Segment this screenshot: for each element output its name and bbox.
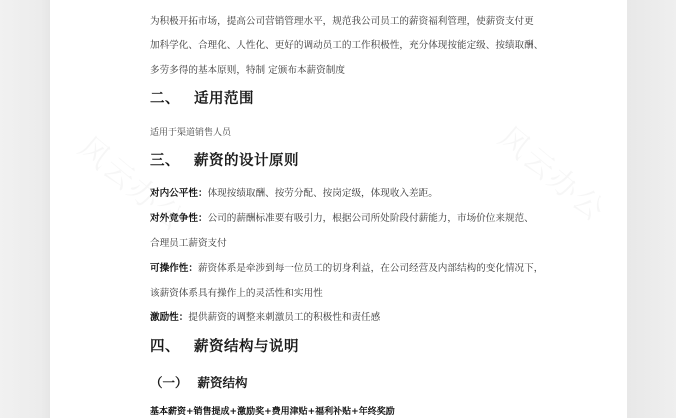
- principle-text: 体现按绩取酬、按劳分配、按岗定级，体现收入差距。: [208, 188, 438, 199]
- section-heading-principles: 三、薪资的设计原则: [150, 152, 299, 170]
- principle-term: 可操作性：: [150, 263, 198, 274]
- subsection-title: 薪资结构: [198, 375, 248, 390]
- intro-line-2: 加科学化、合理化、人性化、更好的调动员工的工作积极性，充分体现按能定级、按绩取酬…: [150, 40, 543, 52]
- salary-formula: 基本薪资+销售提成+激励奖+费用津贴+福利补贴+年终奖励: [150, 406, 395, 418]
- section-title: 薪资的设计原则: [194, 153, 299, 169]
- intro-line-3: 多劳多得的基本原则，特制 定颁布本薪资制度: [150, 65, 345, 77]
- section-title: 适用范围: [194, 91, 254, 107]
- section-number: 四、: [150, 339, 180, 355]
- subsection-heading-salary-structure: （一）薪资结构: [150, 375, 248, 391]
- principle-continuation: 合理员工薪资支付: [150, 238, 227, 250]
- section-number: 三、: [150, 153, 180, 169]
- principle-internal-fairness: 对内公平性：体现按绩取酬、按劳分配、按岗定级，体现收入差距。: [150, 188, 438, 200]
- principle-text: 提供薪资的调整来刺激员工的积极性和责任感: [188, 312, 380, 323]
- subsection-number: （一）: [150, 375, 188, 390]
- principle-operability: 可操作性：薪资体系是牵涉到每一位员工的切身利益，在公司经营及内部结构的变化情况下…: [150, 263, 543, 275]
- document-page: 风云办公 风云办公 为积极开拓市场，提高公司营销管理水平，规范我公司员工的薪资福…: [50, 0, 627, 418]
- principle-external-competitiveness: 对外竞争性：公司的薪酬标准要有吸引力，根据公司所处阶段付薪能力，市场价位来规范、: [150, 213, 534, 225]
- principle-term: 激励性：: [150, 312, 188, 323]
- scope-text: 适用于渠道销售人员: [150, 127, 231, 139]
- section-heading-structure: 四、薪资结构与说明: [150, 338, 299, 356]
- principle-text: 公司的薪酬标准要有吸引力，根据公司所处阶段付薪能力，市场价位来规范、: [208, 213, 534, 224]
- principle-incentive: 激励性：提供薪资的调整来刺激员工的积极性和责任感: [150, 312, 380, 324]
- principle-continuation: 该薪资体系具有操作上的灵活性和实用性: [150, 288, 323, 300]
- section-number: 二、: [150, 91, 180, 107]
- section-title: 薪资结构与说明: [194, 339, 299, 355]
- intro-line-1: 为积极开拓市场，提高公司营销管理水平，规范我公司员工的薪资福利管理，使薪资支付更: [150, 16, 534, 28]
- principle-term: 对内公平性：: [150, 188, 208, 199]
- principle-text: 薪资体系是牵涉到每一位员工的切身利益，在公司经营及内部结构的变化情况下，: [198, 263, 543, 274]
- principle-term: 对外竞争性：: [150, 213, 208, 224]
- section-heading-scope: 二、适用范围: [150, 90, 254, 108]
